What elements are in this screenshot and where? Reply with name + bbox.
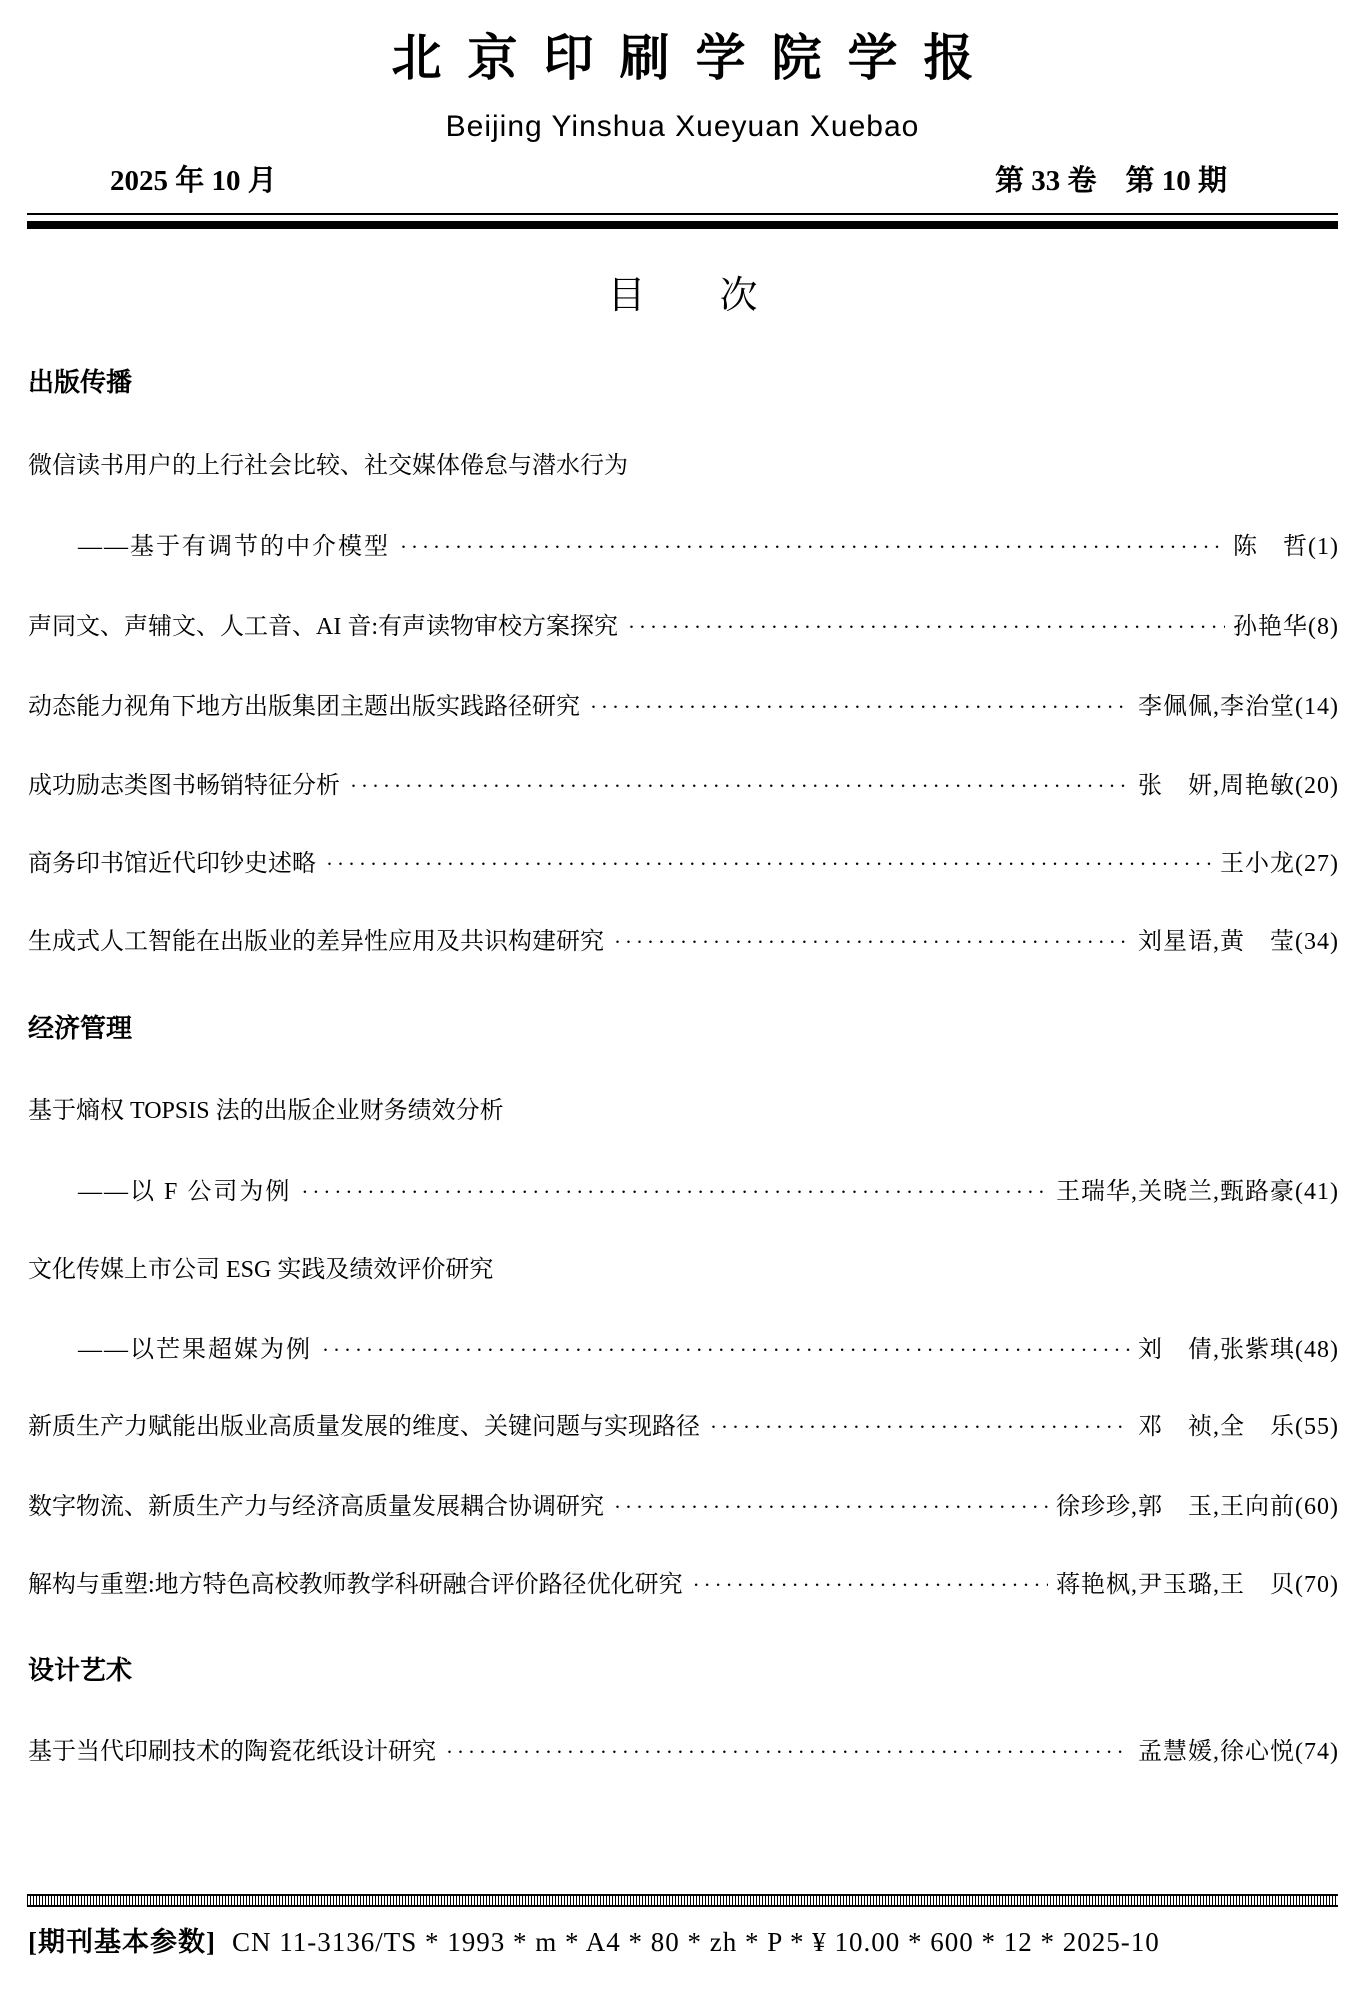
entry-authors-page: 蒋艳枫,尹玉璐,王 贝(70) [1056,1569,1339,1601]
entry-authors-page: 陈 哲(1) [1233,531,1339,563]
journal-toc-page: 北京印刷学院学报 Beijing Yinshua Xueyuan Xuebao … [0,0,1365,1992]
footer-rule [27,1894,1338,1907]
dot-leader [326,848,1212,880]
volume-issue: 第 33 卷 第 10 期 [995,158,1227,199]
entry-authors-page: 孟慧媛,徐心悦(74) [1138,1736,1339,1768]
entry-title: 数字物流、新质生产力与经济高质量发展耦合协调研究 [28,1491,604,1523]
dot-leader [710,1411,1130,1443]
dot-leader [301,1176,1048,1208]
entry-authors-page: 王小龙(27) [1220,848,1339,880]
entry-authors-page: 邓 祯,全 乐(55) [1138,1411,1339,1443]
entry-title: 新质生产力赋能出版业高质量发展的维度、关键问题与实现路径 [28,1411,700,1443]
entry-title: 基于熵权 TOPSIS 法的出版企业财务绩效分析 [28,1095,504,1127]
toc-entry: 商务印书馆近代印钞史述略 王小龙(27) [28,848,1339,882]
entry-title: 微信读书用户的上行社会比较、社交媒体倦怠与潜水行为 [28,450,628,482]
section-heading-economics: 经济管理 [28,1012,1339,1046]
entry-title: 商务印书馆近代印钞史述略 [28,848,316,880]
journal-parameters-label: [期刊基本参数] [28,1920,216,1959]
dot-leader [614,926,1130,958]
toc-entry: 新质生产力赋能出版业高质量发展的维度、关键问题与实现路径 邓 祯,全 乐(55) [28,1411,1339,1445]
entry-title: 成功励志类图书畅销特征分析 [28,770,340,802]
entry-authors-page: 张 妍,周艳敏(20) [1138,770,1339,802]
entry-title: 解构与重塑:地方特色高校教师教学科研融合评价路径优化研究 [28,1569,683,1601]
entry-authors-page: 李佩佩,李治堂(14) [1138,691,1339,723]
section-heading-design: 设计艺术 [28,1654,1339,1688]
header-rule-thick [27,221,1338,229]
journal-title-pinyin: Beijing Yinshua Xueyuan Xuebao [0,110,1365,144]
toc-entry: 生成式人工智能在出版业的差异性应用及共识构建研究 刘星语,黄 莹(34) [28,926,1339,960]
dot-leader [693,1569,1048,1601]
entry-title: 动态能力视角下地方出版集团主题出版实践路径研究 [28,691,580,723]
toc-entry-sub-line: ——以芒果超媒为例 刘 倩,张紫琪(48) [28,1334,1339,1368]
toc-entry: 基于当代印刷技术的陶瓷花纸设计研究 孟慧媛,徐心悦(74) [28,1736,1339,1770]
entry-subtitle: ——基于有调节的中介模型 [28,531,390,563]
journal-parameters-row: [期刊基本参数] CN 11-3136/TS * 1993 * m * A4 *… [28,1920,1339,1959]
toc-entry-sub-line: ——基于有调节的中介模型 陈 哲(1) [28,531,1339,565]
dot-leader [614,1491,1048,1523]
entry-title: 声同文、声辅文、人工音、AI 音:有声读物审校方案探究 [28,611,618,643]
header-issue-row: 2025 年 10 月 第 33 卷 第 10 期 [110,158,1227,199]
dot-leader [628,611,1225,643]
entry-authors-page: 徐珍珍,郭 玉,王向前(60) [1056,1491,1339,1523]
toc-entry-title-line: 文化传媒上市公司 ESG 实践及绩效评价研究 [28,1254,1339,1288]
dot-leader [400,531,1225,563]
dot-leader [446,1736,1130,1768]
journal-parameters-value: CN 11-3136/TS * 1993 * m * A4 * 80 * zh … [232,1927,1160,1958]
entry-subtitle: ——以芒果超媒为例 [28,1334,312,1366]
toc-title: 目 次 [0,264,1365,319]
toc-entry-title-line: 基于熵权 TOPSIS 法的出版企业财务绩效分析 [28,1095,1339,1129]
toc-entry-sub-line: ——以 F 公司为例 王瑞华,关晓兰,甄路豪(41) [28,1176,1339,1210]
section-heading-publishing: 出版传播 [28,366,1339,400]
entry-authors-page: 孙艳华(8) [1233,611,1339,643]
toc-entry: 解构与重塑:地方特色高校教师教学科研融合评价路径优化研究 蒋艳枫,尹玉璐,王 贝… [28,1569,1339,1603]
journal-title: 北京印刷学院学报 [0,18,1365,90]
toc-entry: 动态能力视角下地方出版集团主题出版实践路径研究 李佩佩,李治堂(14) [28,691,1339,725]
toc-entry-title-line: 微信读书用户的上行社会比较、社交媒体倦怠与潜水行为 [28,450,1339,484]
entry-title: 基于当代印刷技术的陶瓷花纸设计研究 [28,1736,436,1768]
entry-authors-page: 刘星语,黄 莹(34) [1138,926,1339,958]
entry-title: 文化传媒上市公司 ESG 实践及绩效评价研究 [28,1254,493,1286]
dot-leader [322,1334,1130,1366]
issue-date: 2025 年 10 月 [110,158,277,199]
entry-title: 生成式人工智能在出版业的差异性应用及共识构建研究 [28,926,604,958]
entry-subtitle: ——以 F 公司为例 [28,1176,291,1208]
entry-authors-page: 刘 倩,张紫琪(48) [1138,1334,1339,1366]
dot-leader [350,770,1130,802]
header-rule-thin [27,213,1338,215]
toc-entry: 成功励志类图书畅销特征分析 张 妍,周艳敏(20) [28,770,1339,804]
entry-authors-page: 王瑞华,关晓兰,甄路豪(41) [1056,1176,1339,1208]
dot-leader [590,691,1130,723]
toc-entry: 数字物流、新质生产力与经济高质量发展耦合协调研究 徐珍珍,郭 玉,王向前(60) [28,1491,1339,1525]
toc-entry: 声同文、声辅文、人工音、AI 音:有声读物审校方案探究 孙艳华(8) [28,611,1339,645]
